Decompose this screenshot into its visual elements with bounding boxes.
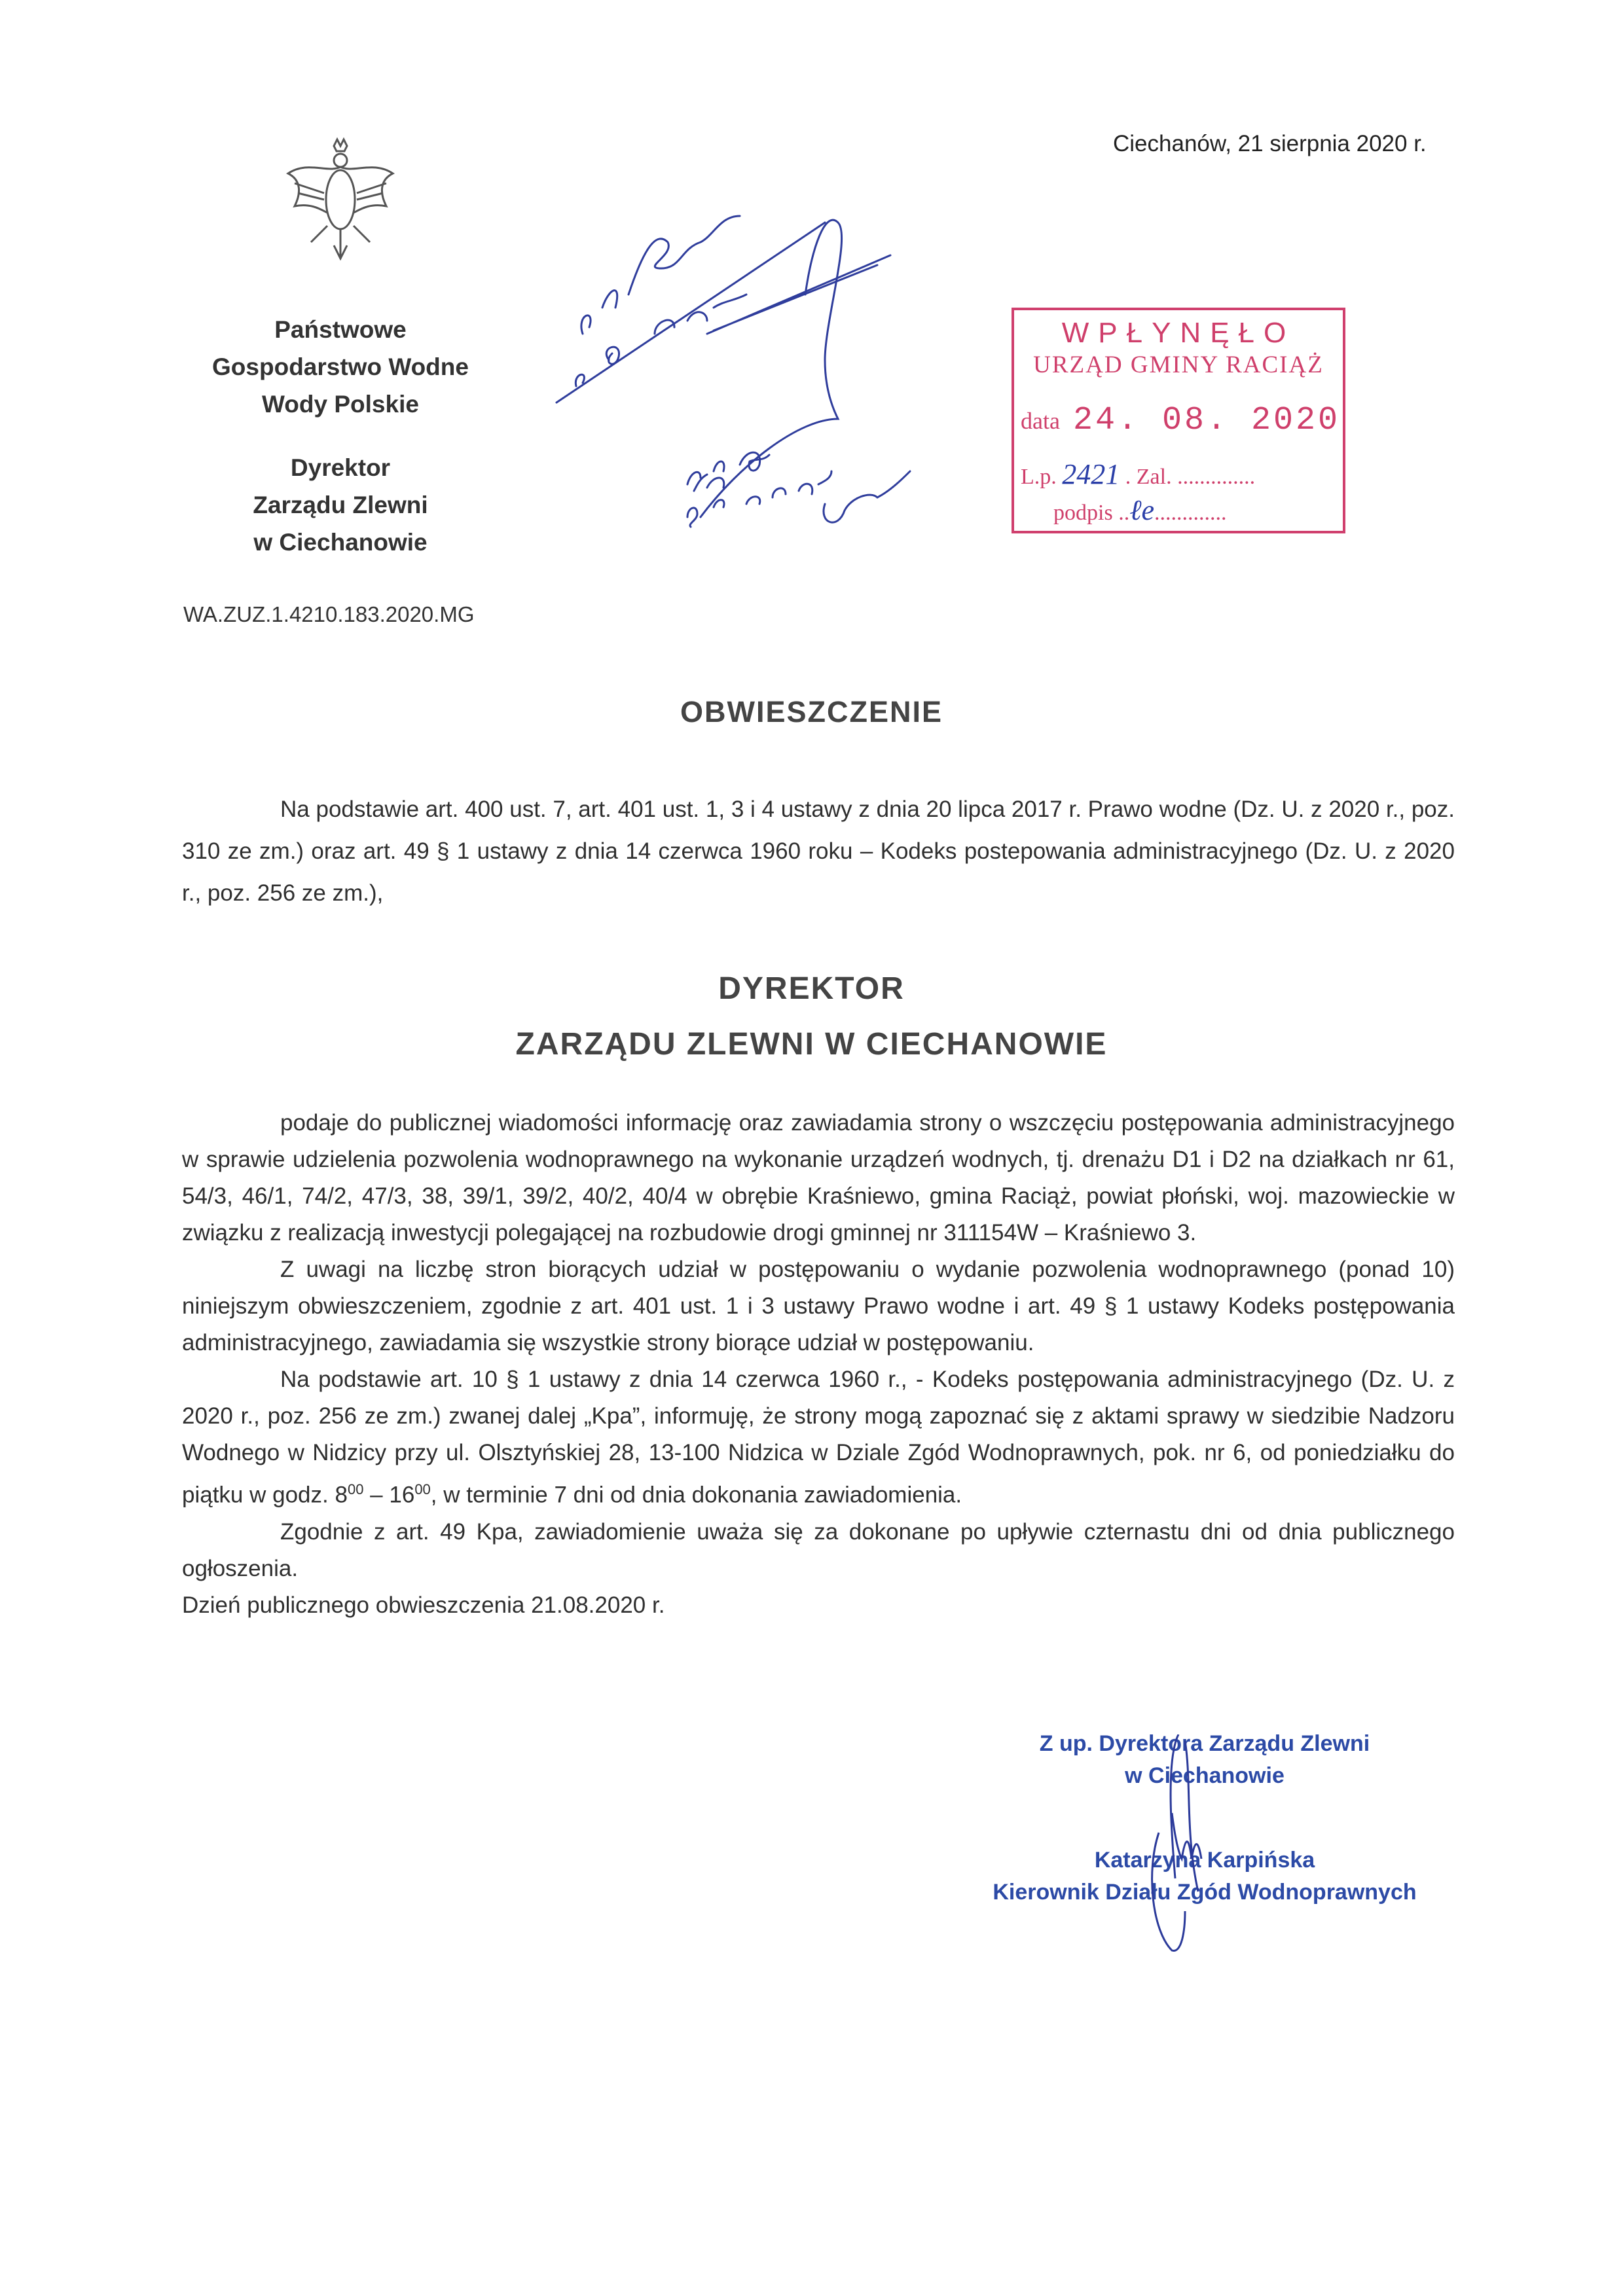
body-paragraph-text: podaje do publicznej wiadomości informac… [182, 1110, 1455, 1246]
notice-body: podaje do publicznej wiadomości informac… [182, 1105, 1455, 1624]
stamp-office-label: URZĄD GMINY RACIĄŻ [1014, 351, 1343, 379]
hours-separator: – [370, 1482, 382, 1508]
place-date: Ciechanów, 21 sierpnia 2020 r. [1113, 131, 1427, 157]
issuer-block: Państwowe Gospodarstwo Wodne Wody Polski… [196, 311, 484, 561]
authority-heading-line1: DYREKTOR [0, 971, 1623, 1007]
stamp-signature-row: podpis ..ℓe............. [1053, 493, 1227, 527]
reference-number: WA.ZUZ.1.4210.183.2020.MG [183, 602, 475, 627]
org-line: Gospodarstwo Wodne [196, 348, 484, 386]
office-line: w Ciechanowie [196, 524, 484, 561]
body-paragraph: Zgodnie z art. 49 Kpa, zawiadomienie uwa… [182, 1514, 1455, 1587]
handwritten-annotations [537, 177, 1008, 530]
signature-block: Z up. Dyrektora Zarządu Zlewni w Ciechan… [969, 1728, 1440, 1909]
office-line: Dyrektor [196, 449, 484, 486]
stamp-initials-icon: ℓe [1129, 494, 1154, 526]
body-paragraph-text: Z uwagi na liczbę stron biorących udział… [182, 1257, 1455, 1355]
authority-heading-line2: ZARZĄDU ZLEWNI W CIECHANOWIE [0, 1026, 1623, 1062]
handwritten-signature-icon [1133, 1734, 1224, 1957]
stamp-lp-row: L.p. 2421 . Zal. .............. [1021, 457, 1255, 491]
body-paragraph-text: Zgodnie z art. 49 Kpa, zawiadomienie uwa… [182, 1519, 1455, 1581]
org-line: Wody Polskie [196, 386, 484, 423]
body-paragraph: Z uwagi na liczbę stron biorących udział… [182, 1251, 1455, 1361]
hours-to-sup: 00 [414, 1481, 430, 1498]
received-stamp: WPŁYNĘŁO URZĄD GMINY RACIĄŻ data24. 08. … [1012, 308, 1345, 533]
stamp-lp-label: L.p. [1021, 465, 1057, 489]
legal-basis-paragraph: Na podstawie art. 400 ust. 7, art. 401 u… [182, 789, 1455, 914]
legal-basis-text: Na podstawie art. 400 ust. 7, art. 401 u… [182, 797, 1455, 906]
hours-from-sup: 00 [348, 1481, 363, 1498]
stamp-signature-label: podpis [1053, 501, 1113, 525]
stamp-received-label: WPŁYNĘŁO [1014, 317, 1343, 350]
hours-to: 16 [389, 1482, 414, 1508]
document-title: OBWIESZCZENIE [0, 695, 1623, 729]
publication-date: Dzień publicznego obwieszczenia 21.08.20… [182, 1587, 1455, 1624]
hours-tail: , w terminie 7 dni od dnia dokonania zaw… [431, 1482, 962, 1508]
body-paragraph: Na podstawie art. 10 § 1 ustawy z dnia 1… [182, 1361, 1455, 1514]
stamp-zal-label: Zal. [1137, 465, 1172, 489]
hours-from: 8 [335, 1482, 347, 1508]
stamp-date-label: data [1021, 408, 1060, 434]
stamp-date-row: data24. 08. 2020 [1021, 402, 1340, 439]
body-paragraph: podaje do publicznej wiadomości informac… [182, 1105, 1455, 1251]
stamp-date-value: 24. 08. 2020 [1073, 402, 1340, 439]
org-line: Państwowe [196, 311, 484, 348]
office-line: Zarządu Zlewni [196, 486, 484, 524]
polish-eagle-emblem-icon [282, 134, 399, 265]
stamp-lp-value: 2421 [1062, 458, 1120, 490]
